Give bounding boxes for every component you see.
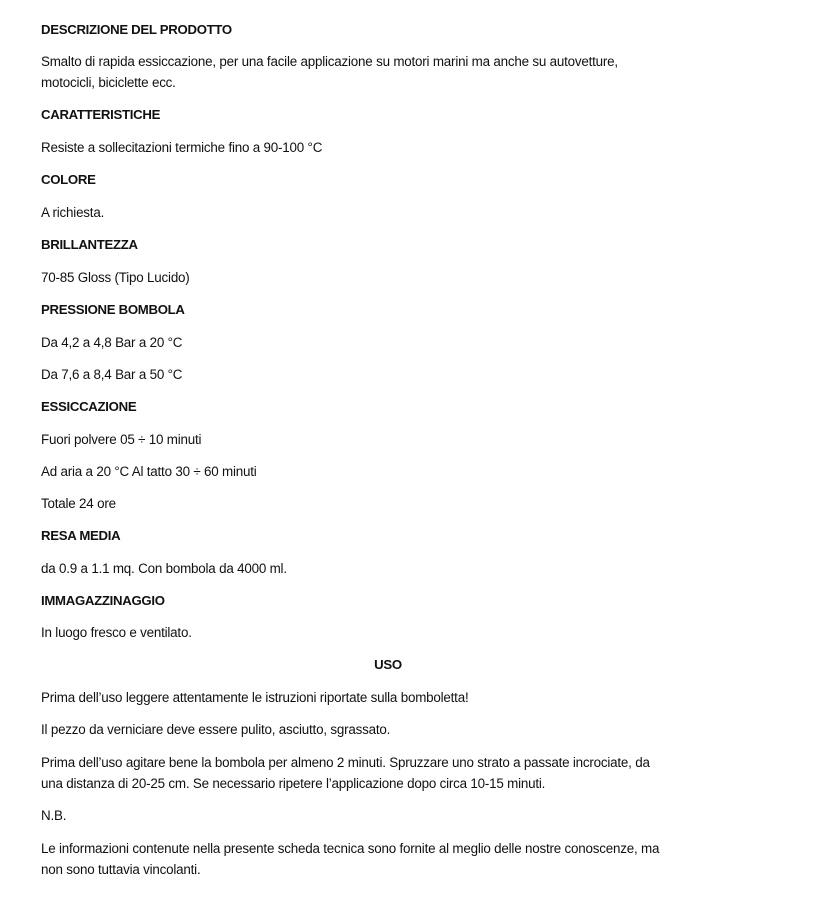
text-caratteristiche: Resiste a sollecitazioni termiche fino a…	[41, 138, 322, 158]
heading-descrizione: DESCRIZIONE DEL PRODOTTO	[41, 20, 232, 40]
text-disclaimer-2: non sono tuttavia vincolanti.	[41, 860, 200, 880]
technical-data-sheet: DESCRIZIONE DEL PRODOTTO Smalto di rapid…	[0, 0, 814, 900]
heading-pressione-bombola: PRESSIONE BOMBOLA	[41, 300, 185, 320]
text-uso-3: Prima dell’uso agitare bene la bombola p…	[41, 753, 650, 773]
text-uso-4: una distanza di 20-25 cm. Se necessario …	[41, 774, 545, 794]
text-pressione-2: Da 7,6 a 8,4 Bar a 50 °C	[41, 365, 182, 385]
text-resa: da 0.9 a 1.1 mq. Con bombola da 4000 ml.	[41, 559, 287, 579]
heading-caratteristiche: CARATTERISTICHE	[41, 105, 160, 125]
text-pressione-1: Da 4,2 a 4,8 Bar a 20 °C	[41, 333, 182, 353]
text-uso-2: Il pezzo da verniciare deve essere pulit…	[41, 720, 390, 740]
text-uso-1: Prima dell’uso leggere attentamente le i…	[41, 688, 468, 708]
text-disclaimer-1: Le informazioni contenute nella presente…	[41, 839, 659, 859]
heading-colore: COLORE	[41, 170, 96, 190]
text-brillantezza: 70-85 Gloss (Tipo Lucido)	[41, 268, 190, 288]
text-essiccazione-1: Fuori polvere 05 ÷ 10 minuti	[41, 430, 201, 450]
heading-resa-media: RESA MEDIA	[41, 526, 120, 546]
text-essiccazione-2: Ad aria a 20 °C Al tatto 30 ÷ 60 minuti	[41, 462, 257, 482]
text-nb: N.B.	[41, 806, 66, 826]
text-descrizione-1: Smalto di rapida essiccazione, per una f…	[41, 52, 618, 72]
heading-essiccazione: ESSICCAZIONE	[41, 397, 136, 417]
text-colore: A richiesta.	[41, 203, 104, 223]
heading-immagazzinaggio: IMMAGAZZINAGGIO	[41, 591, 165, 611]
heading-uso: USO	[0, 655, 776, 675]
text-immagazzinaggio: In luogo fresco e ventilato.	[41, 623, 192, 643]
text-essiccazione-3: Totale 24 ore	[41, 494, 116, 514]
text-descrizione-2: motocicli, biciclette ecc.	[41, 73, 176, 93]
heading-brillantezza: BRILLANTEZZA	[41, 235, 138, 255]
